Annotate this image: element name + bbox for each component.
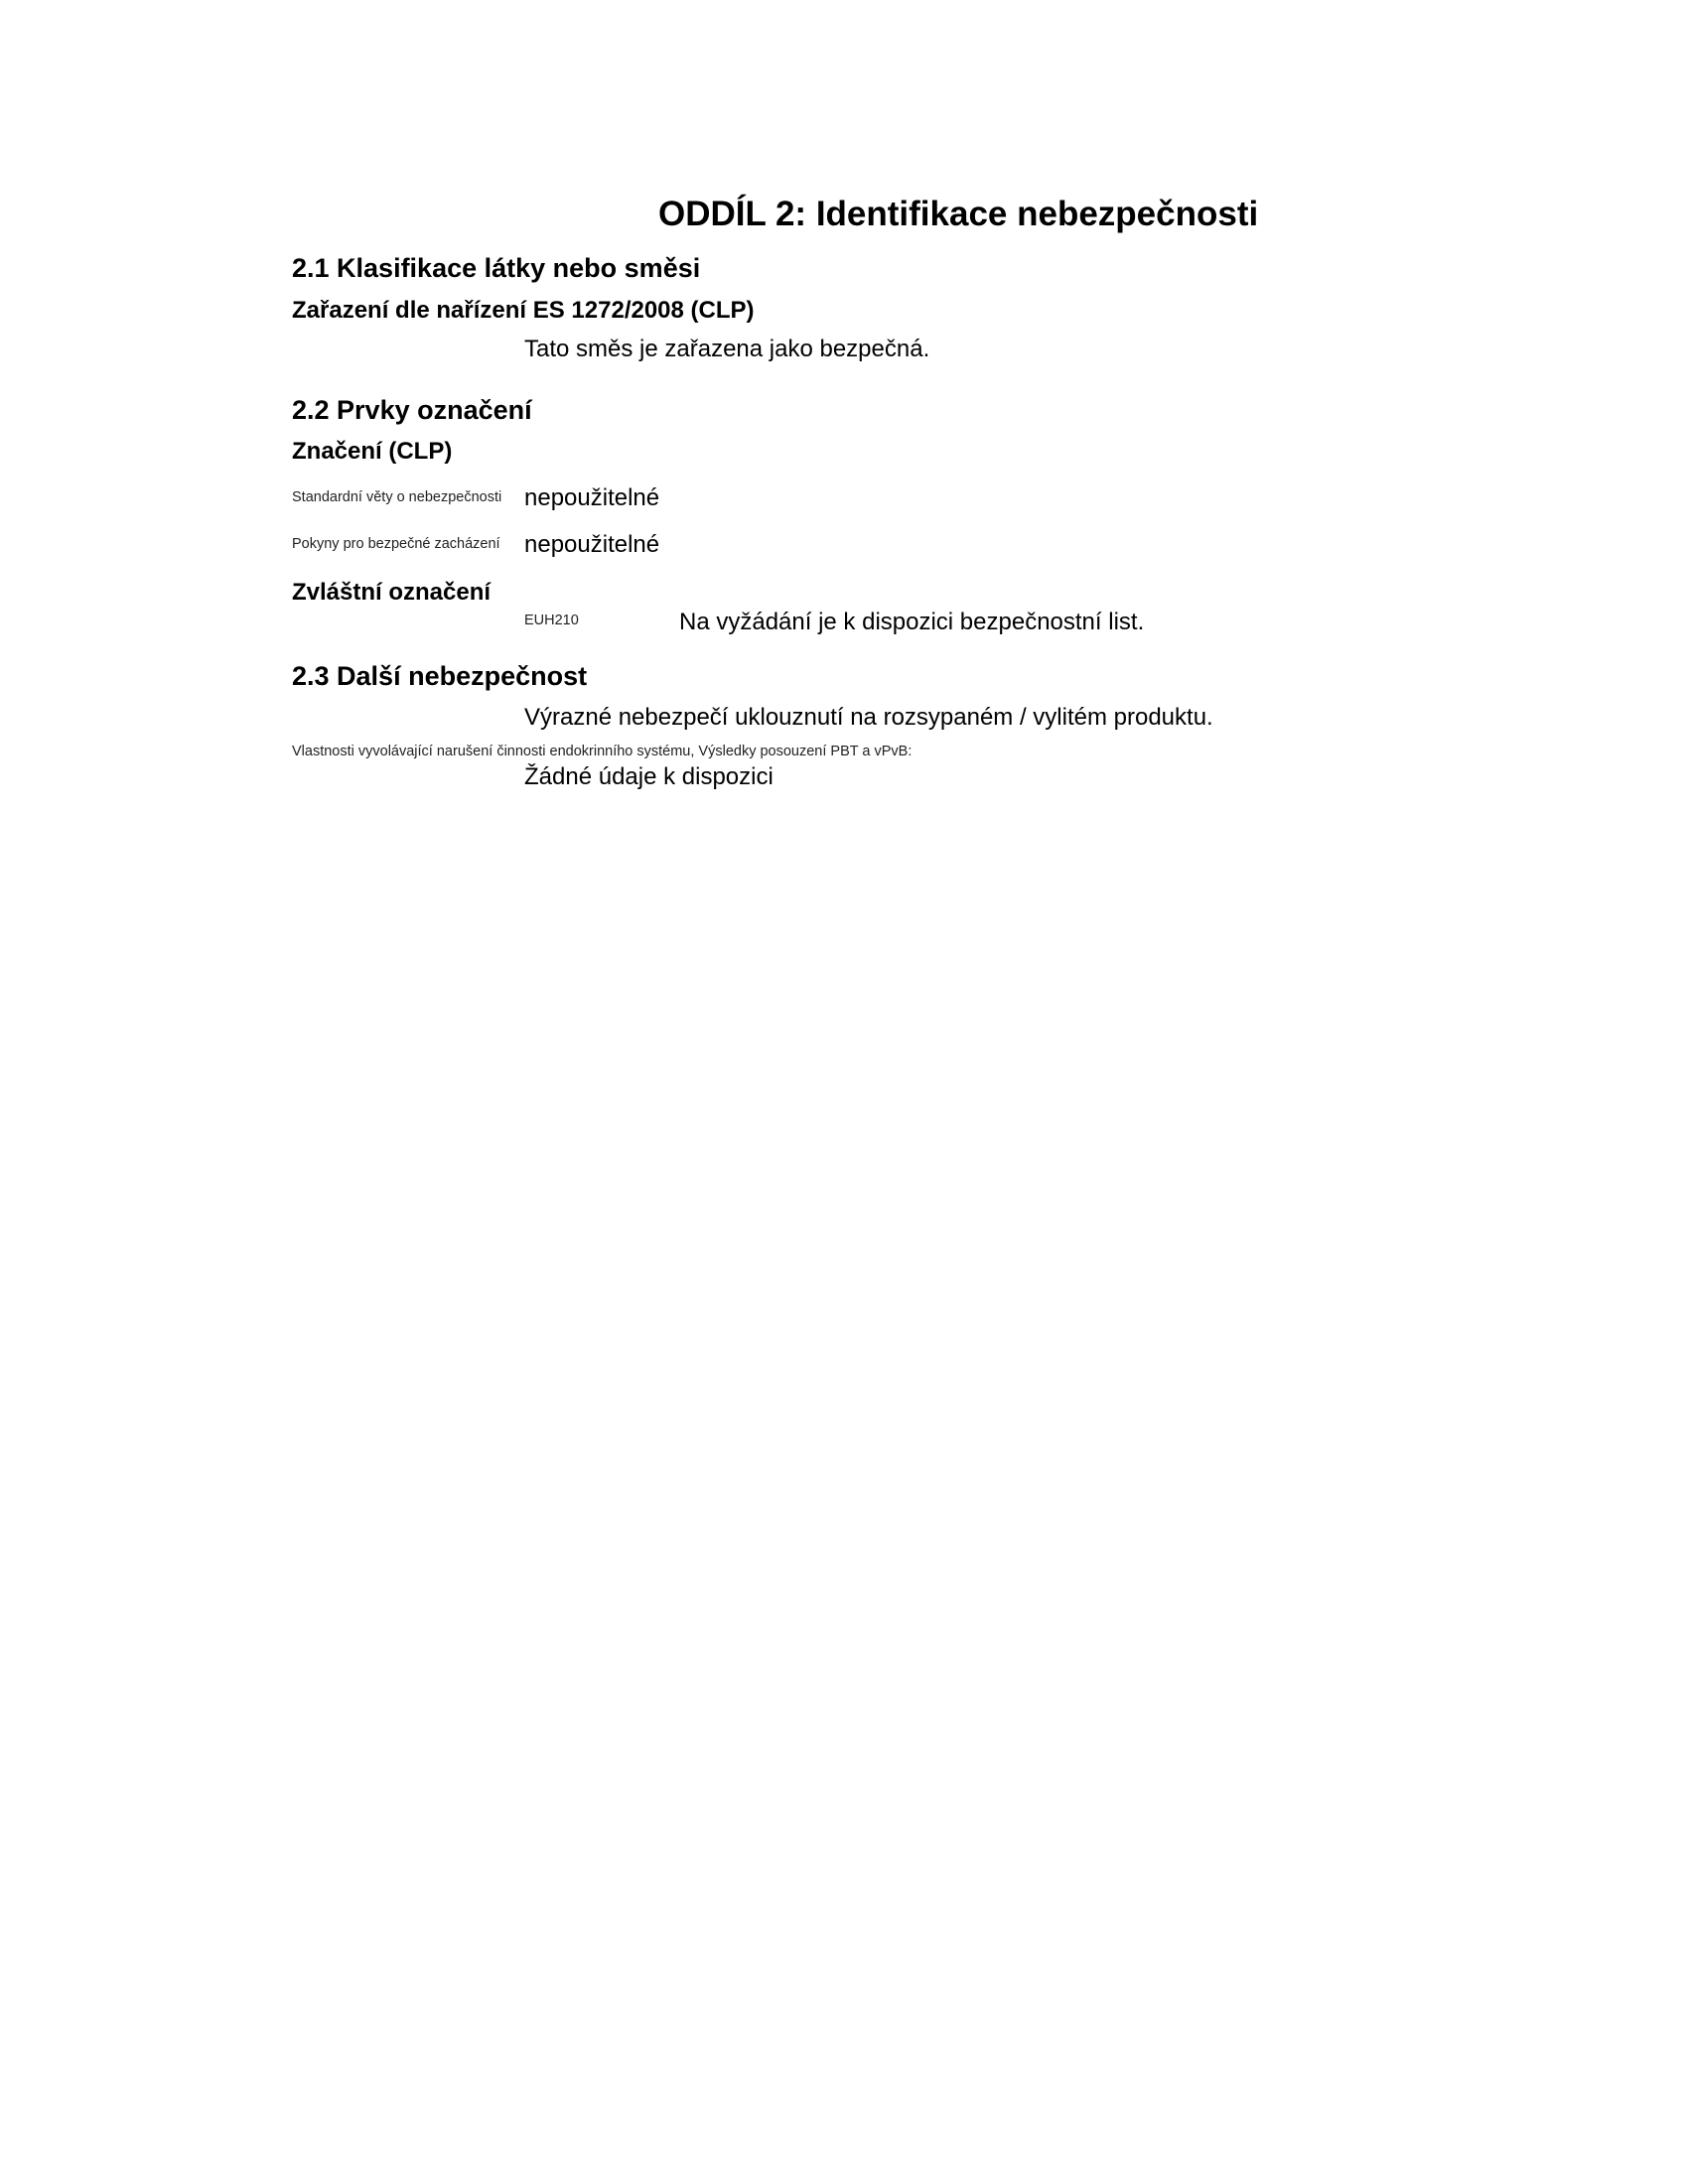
other-hazards-text: Výrazné nebezpečí uklouznutí na rozsypan… [524, 706, 1213, 730]
euh-code: EUH210 [524, 614, 579, 628]
endocrine-pbt-value: Žádné údaje k dispozici [524, 765, 774, 789]
classification-text: Tato směs je zařazena jako bezpečná. [524, 338, 929, 361]
subheading-special-labelling: Zvláštní označení [292, 581, 491, 605]
heading-2-3-other-hazards: 2.3 Další nebezpečnost [292, 663, 587, 690]
subheading-clp-classification: Zařazení dle nařízení ES 1272/2008 (CLP) [292, 299, 755, 323]
heading-2-2-label-elements: 2.2 Prvky označení [292, 397, 532, 424]
hazard-statements-value: nepoužitelné [524, 486, 659, 510]
euh-text: Na vyžádání je k dispozici bezpečnostní … [679, 611, 1144, 634]
endocrine-pbt-label: Vlastnosti vyvolávající narušení činnost… [292, 745, 912, 759]
hazard-statements-label: Standardní věty o nebezpečnosti [292, 490, 501, 505]
section-title: ODDÍL 2: Identifikace nebezpečnosti [658, 197, 1258, 231]
subheading-clp-labelling: Značení (CLP) [292, 440, 452, 464]
heading-2-1-classification: 2.1 Klasifikace látky nebo směsi [292, 255, 700, 282]
precautionary-statements-value: nepoužitelné [524, 533, 659, 557]
precautionary-statements-label: Pokyny pro bezpečné zacházení [292, 537, 500, 552]
